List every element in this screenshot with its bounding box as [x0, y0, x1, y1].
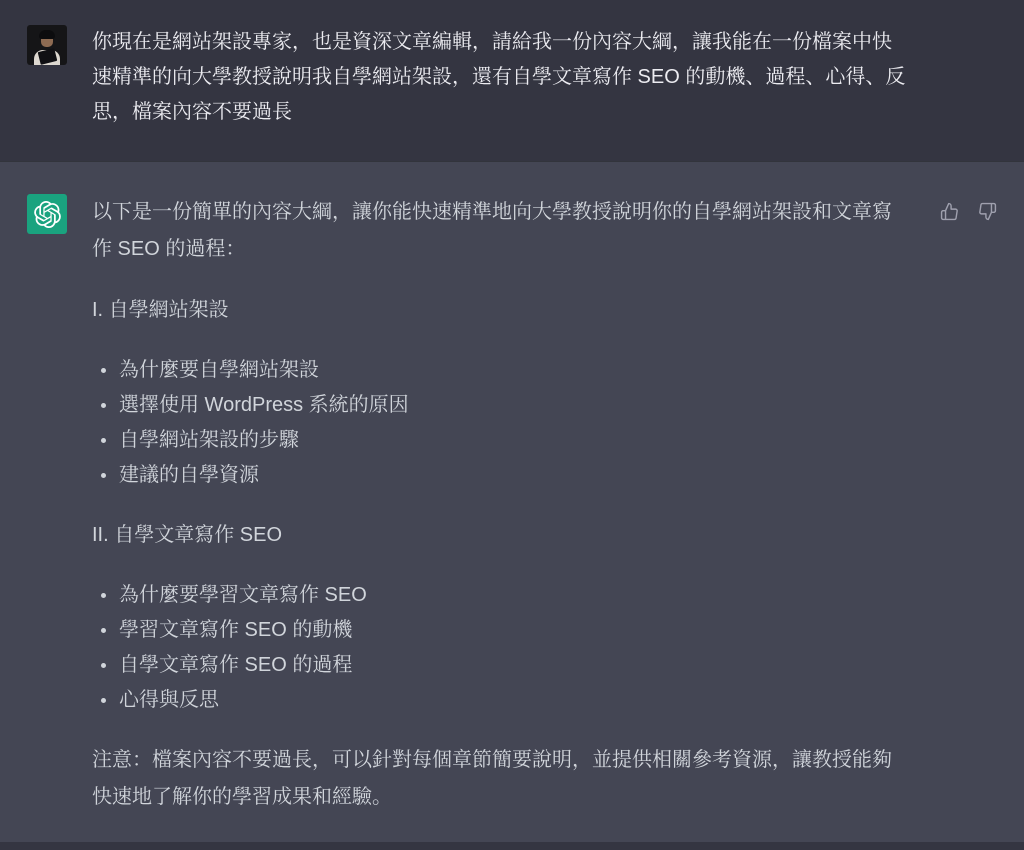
list-item-text: 為什麼要自學網站架設: [119, 353, 319, 388]
thumbs-down-button[interactable]: [977, 201, 997, 221]
list-item: 學習文章寫作 SEO 的動機: [92, 613, 907, 648]
message-line: 思，檔案內容不要過長: [92, 95, 907, 130]
list-item: 自學文章寫作 SEO 的過程: [92, 648, 907, 683]
section1-title: I. 自學網站架設: [92, 292, 907, 329]
list-item-text: 心得與反思: [119, 683, 219, 718]
list-item: 選擇使用 WordPress 系統的原因: [92, 388, 907, 423]
thumbs-up-button[interactable]: [939, 201, 959, 221]
list-item: 自學網站架設的步驟: [92, 423, 907, 458]
list-item-text: 為什麼要學習文章寫作 SEO: [119, 578, 367, 613]
next-row-stub: [0, 842, 1024, 850]
list-item-text: 自學文章寫作 SEO 的過程: [119, 648, 352, 683]
bullet-icon: [101, 628, 106, 633]
message-line: 你現在是網站架設專家，也是資深文章編輯，請給我一份內容大綱，讓我能在一份檔案中快: [92, 25, 907, 60]
note-paragraph: 注意：檔案內容不要過長，可以針對每個章節簡要說明，並提供相關參考資源，讓教授能夠…: [92, 742, 907, 816]
user-avatar: [27, 25, 67, 65]
list-item: 為什麼要自學網站架設: [92, 353, 907, 388]
chat-transcript: 你現在是網站架設專家，也是資深文章編輯，請給我一份內容大綱，讓我能在一份檔案中快…: [0, 0, 1024, 850]
assistant-message-text: 以下是一份簡單的內容大綱，讓你能快速精準地向大學教授說明你的自學網站架設和文章寫…: [92, 194, 907, 816]
bullet-icon: [101, 473, 106, 478]
list-item-text: 建議的自學資源: [119, 458, 259, 493]
assistant-message-row: 以下是一份簡單的內容大綱，讓你能快速精準地向大學教授說明你的自學網站架設和文章寫…: [0, 161, 1024, 842]
bullet-icon: [101, 368, 106, 373]
user-message-row: 你現在是網站架設專家，也是資深文章編輯，請給我一份內容大綱，讓我能在一份檔案中快…: [0, 0, 1024, 161]
user-message-text: 你現在是網站架設專家，也是資深文章編輯，請給我一份內容大綱，讓我能在一份檔案中快…: [92, 25, 907, 130]
bullet-icon: [101, 593, 106, 598]
section2-list: 為什麼要學習文章寫作 SEO 學習文章寫作 SEO 的動機 自學文章寫作 SEO…: [92, 578, 907, 718]
intro-paragraph: 以下是一份簡單的內容大綱，讓你能快速精準地向大學教授說明你的自學網站架設和文章寫…: [92, 194, 907, 268]
bullet-icon: [101, 663, 106, 668]
list-item: 為什麼要學習文章寫作 SEO: [92, 578, 907, 613]
feedback-buttons: [939, 194, 997, 221]
message-line: 以下是一份簡單的內容大綱，讓你能快速精準地向大學教授說明你的自學網站架設和文章寫: [92, 194, 907, 231]
thumbs-down-icon: [978, 202, 997, 221]
section1-list: 為什麼要自學網站架設 選擇使用 WordPress 系統的原因 自學網站架設的步…: [92, 353, 907, 493]
message-line: 注意：檔案內容不要過長，可以針對每個章節簡要說明，並提供相關參考資源，讓教授能夠: [92, 742, 907, 779]
bullet-icon: [101, 403, 106, 408]
openai-logo-icon: [27, 194, 67, 234]
message-line: 作 SEO 的過程：: [92, 231, 907, 268]
list-item-text: 選擇使用 WordPress 系統的原因: [119, 388, 409, 423]
section2-title: II. 自學文章寫作 SEO: [92, 517, 907, 554]
thumbs-up-icon: [940, 202, 959, 221]
avatar-hair-shape: [39, 30, 55, 39]
bullet-icon: [101, 698, 106, 703]
message-line: 快速地了解你的學習成果和經驗。: [92, 779, 907, 816]
list-item-text: 自學網站架設的步驟: [119, 423, 299, 458]
message-line: 速精準的向大學教授說明我自學網站架設，還有自學文章寫作 SEO 的動機、過程、心…: [92, 60, 907, 95]
list-item: 建議的自學資源: [92, 458, 907, 493]
bullet-icon: [101, 438, 106, 443]
list-item-text: 學習文章寫作 SEO 的動機: [119, 613, 352, 648]
list-item: 心得與反思: [92, 683, 907, 718]
